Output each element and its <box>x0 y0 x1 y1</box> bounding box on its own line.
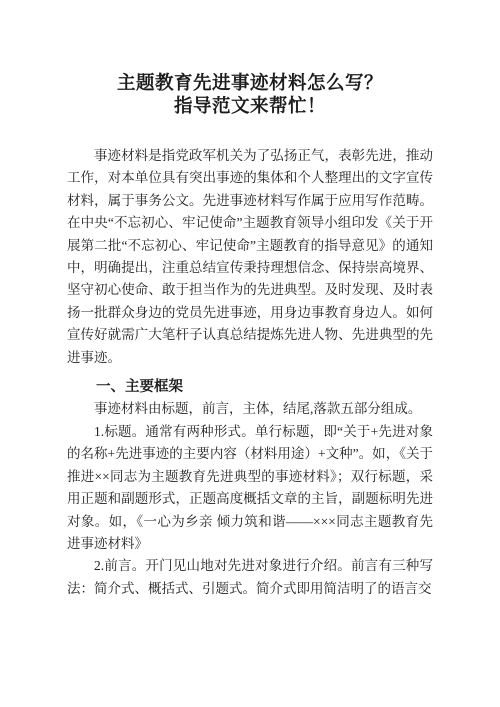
intro-paragraph: 事迹材料是指党政军机关为了弘扬正气，表彰先进，推动工作，对本单位具有突出事迹的集… <box>67 145 433 369</box>
document-title: 主题教育先进事迹材料怎么写？ 指导范文来帮忙！ <box>67 71 433 117</box>
paragraph-item1-title: 1.标题。通常有两种形式。单行标题，即“关于+先进对象的名称+先进事迹的主要内容… <box>67 421 433 555</box>
section-heading-main-framework: 一、主要框架 <box>67 376 433 398</box>
paragraph-item2-foreword: 2.前言。开门见山地对先进对象进行介绍。前言有三种写法：简介式、概括式、引题式。… <box>67 555 433 600</box>
document-page: 主题教育先进事迹材料怎么写？ 指导范文来帮忙！ 事迹材料是指党政军机关为了弘扬正… <box>0 0 500 707</box>
document-content: 主题教育先进事迹材料怎么写？ 指导范文来帮忙！ 事迹材料是指党政军机关为了弘扬正… <box>67 0 433 600</box>
document-body: 事迹材料是指党政军机关为了弘扬正气，表彰先进，推动工作，对本单位具有突出事迹的集… <box>67 145 433 600</box>
paragraph-framework-overview: 事迹材料由标题，前言，主体，结尾,落款五部分组成。 <box>67 398 433 420</box>
